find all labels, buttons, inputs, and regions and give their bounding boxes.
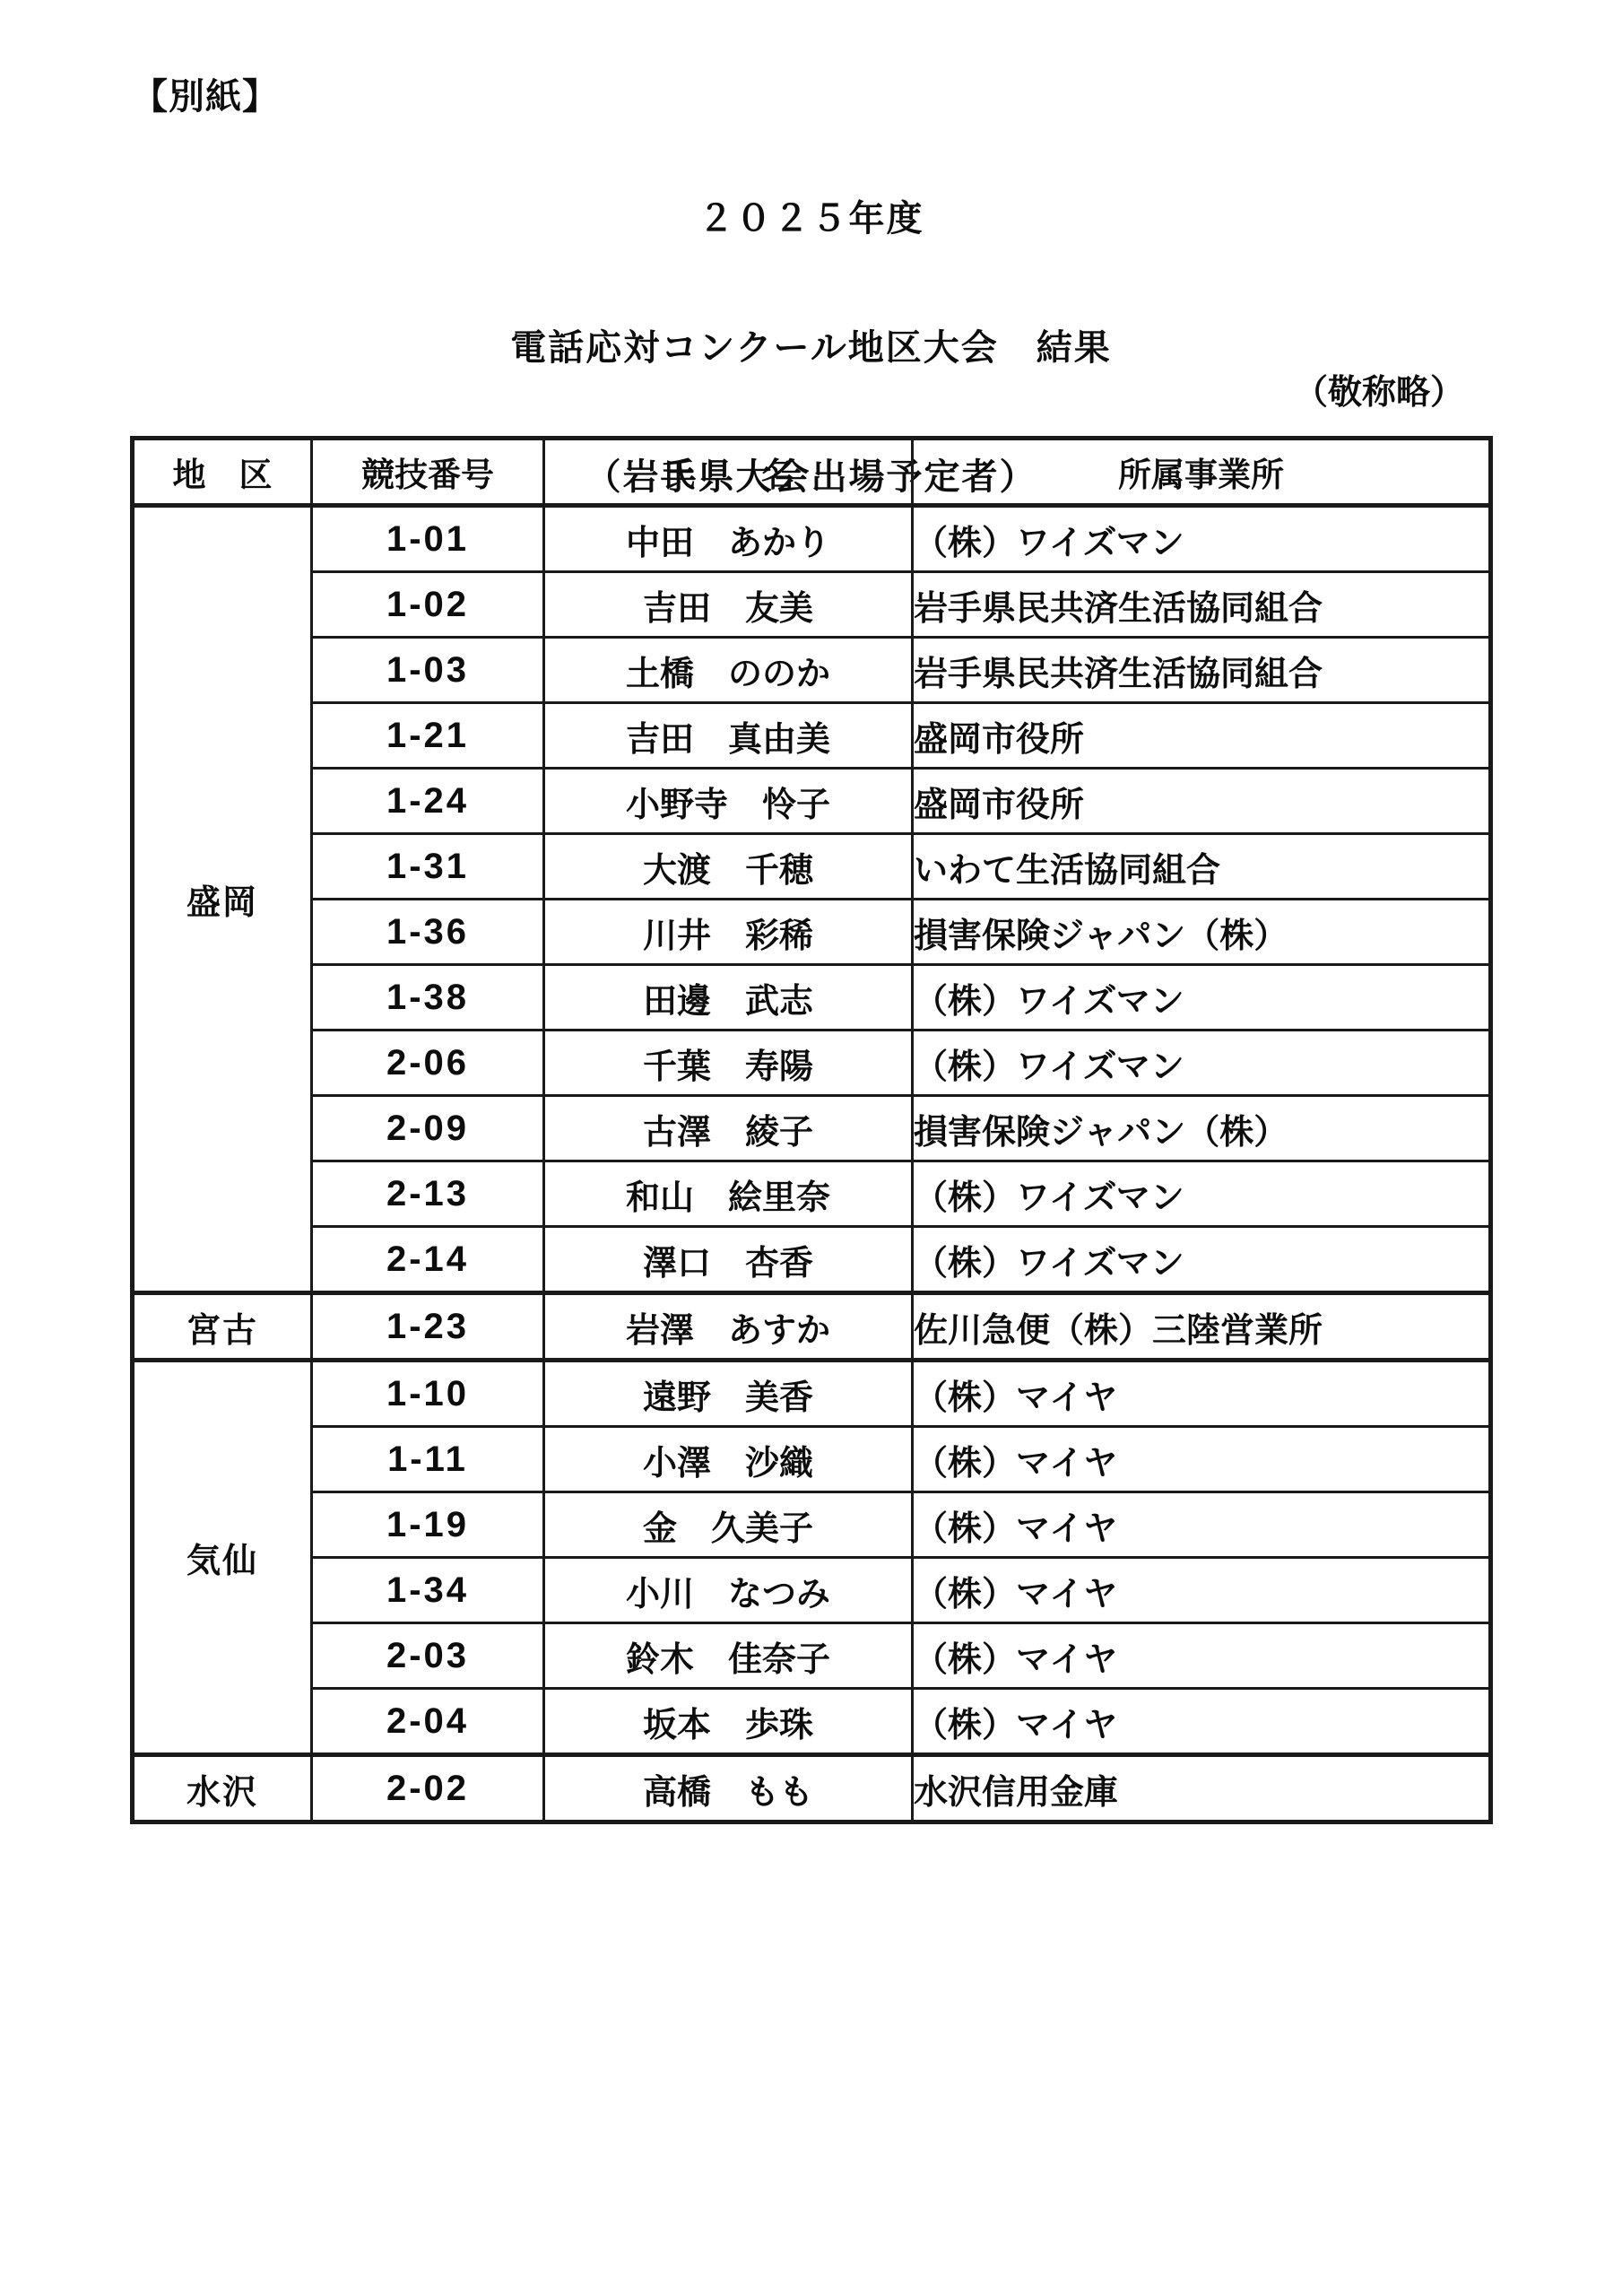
name-cell: 吉田 友美: [544, 572, 913, 638]
organization-cell: いわて生活協同組合: [913, 834, 1491, 900]
entry-number-cell: 2-09: [312, 1096, 544, 1161]
entry-number-cell: 2-14: [312, 1227, 544, 1293]
organization-cell: （株）マイヤ: [913, 1427, 1491, 1492]
table-row: 2-04坂本 歩珠（株）マイヤ: [133, 1689, 1491, 1755]
header-organization: 所属事業所: [913, 439, 1491, 506]
table-row: 水沢2-02高橋 もも水沢信用金庫: [133, 1755, 1491, 1822]
organization-cell: （株）ワイズマン: [913, 1161, 1491, 1227]
district-cell: 盛岡: [133, 506, 312, 1293]
organization-cell: （株）マイヤ: [913, 1689, 1491, 1755]
organization-cell: （株）マイヤ: [913, 1492, 1491, 1558]
table-row: 1-31大渡 千穂いわて生活協同組合: [133, 834, 1491, 900]
table-row: 2-03鈴木 佳奈子（株）マイヤ: [133, 1623, 1491, 1689]
name-cell: 川井 彩稀: [544, 900, 913, 965]
district-cell: 気仙: [133, 1361, 312, 1755]
entry-number-cell: 1-34: [312, 1558, 544, 1623]
name-cell: 中田 あかり: [544, 506, 913, 572]
name-cell: 小澤 沙織: [544, 1427, 913, 1492]
name-cell: 金 久美子: [544, 1492, 913, 1558]
district-cell: 水沢: [133, 1755, 312, 1822]
table-row: 宮古1-23岩澤 あすか佐川急便（株）三陸営業所: [133, 1293, 1491, 1361]
organization-cell: （株）ワイズマン: [913, 1031, 1491, 1096]
name-cell: 坂本 歩珠: [544, 1689, 913, 1755]
name-cell: 小野寺 怜子: [544, 769, 913, 834]
table-row: 1-21吉田 真由美盛岡市役所: [133, 703, 1491, 769]
organization-cell: （株）ワイズマン: [913, 1227, 1491, 1293]
table-row: 1-19金 久美子（株）マイヤ: [133, 1492, 1491, 1558]
name-cell: 千葉 寿陽: [544, 1031, 913, 1096]
entry-number-cell: 1-21: [312, 703, 544, 769]
name-cell: 高橋 もも: [544, 1755, 913, 1822]
header-entry-number: 競技番号: [312, 439, 544, 506]
organization-cell: （株）マイヤ: [913, 1623, 1491, 1689]
header-row: 地 区 競技番号 氏 名 所属事業所: [133, 439, 1491, 506]
table-row: 2-06千葉 寿陽（株）ワイズマン: [133, 1031, 1491, 1096]
organization-cell: （株）マイヤ: [913, 1558, 1491, 1623]
document-page: 【別紙】 ２０２５年度 電話応対コンクール地区大会 結果 （岩手県大会出場予定者…: [0, 0, 1622, 2296]
entry-number-cell: 2-02: [312, 1755, 544, 1822]
organization-cell: 損害保険ジャパン（株）: [913, 900, 1491, 965]
table-row: 1-34小川 なつみ（株）マイヤ: [133, 1558, 1491, 1623]
entry-number-cell: 1-38: [312, 965, 544, 1031]
name-cell: 田邊 武志: [544, 965, 913, 1031]
district-cell: 宮古: [133, 1293, 312, 1361]
table-row: 1-03土橋 ののか岩手県民共済生活協同組合: [133, 638, 1491, 703]
entry-number-cell: 2-13: [312, 1161, 544, 1227]
entry-number-cell: 2-04: [312, 1689, 544, 1755]
entry-number-cell: 2-03: [312, 1623, 544, 1689]
organization-cell: 岩手県民共済生活協同組合: [913, 572, 1491, 638]
organization-cell: （株）ワイズマン: [913, 965, 1491, 1031]
name-cell: 澤口 杏香: [544, 1227, 913, 1293]
name-cell: 岩澤 あすか: [544, 1293, 913, 1361]
table-row: 気仙1-10遠野 美香（株）マイヤ: [133, 1361, 1491, 1427]
organization-cell: 盛岡市役所: [913, 769, 1491, 834]
table-row: 1-38田邊 武志（株）ワイズマン: [133, 965, 1491, 1031]
honorifics-note: （敬称略）: [1294, 364, 1464, 413]
table-row: 盛岡1-01中田 あかり（株）ワイズマン: [133, 506, 1491, 572]
name-cell: 吉田 真由美: [544, 703, 913, 769]
entry-number-cell: 1-03: [312, 638, 544, 703]
entry-number-cell: 1-19: [312, 1492, 544, 1558]
organization-cell: （株）マイヤ: [913, 1361, 1491, 1427]
organization-cell: （株）ワイズマン: [913, 506, 1491, 572]
name-cell: 古澤 綾子: [544, 1096, 913, 1161]
organization-cell: 盛岡市役所: [913, 703, 1491, 769]
table-row: 2-13和山 絵里奈（株）ワイズマン: [133, 1161, 1491, 1227]
organization-cell: 岩手県民共済生活協同組合: [913, 638, 1491, 703]
table-row: 1-02吉田 友美岩手県民共済生活協同組合: [133, 572, 1491, 638]
table-row: 1-36川井 彩稀損害保険ジャパン（株）: [133, 900, 1491, 965]
organization-cell: 佐川急便（株）三陸営業所: [913, 1293, 1491, 1361]
name-cell: 鈴木 佳奈子: [544, 1623, 913, 1689]
results-table: 地 区 競技番号 氏 名 所属事業所 盛岡1-01中田 あかり（株）ワイズマン1…: [130, 436, 1493, 1824]
entry-number-cell: 1-23: [312, 1293, 544, 1361]
organization-cell: 水沢信用金庫: [913, 1755, 1491, 1822]
table-row: 2-09古澤 綾子損害保険ジャパン（株）: [133, 1096, 1491, 1161]
header-district: 地 区: [133, 439, 312, 506]
organization-cell: 損害保険ジャパン（株）: [913, 1096, 1491, 1161]
results-table-body: 盛岡1-01中田 あかり（株）ワイズマン1-02吉田 友美岩手県民共済生活協同組…: [133, 506, 1491, 1822]
entry-number-cell: 1-11: [312, 1427, 544, 1492]
name-cell: 遠野 美香: [544, 1361, 913, 1427]
header-name: 氏 名: [544, 439, 913, 506]
table-row: 2-14澤口 杏香（株）ワイズマン: [133, 1227, 1491, 1293]
table-row: 1-11小澤 沙織（株）マイヤ: [133, 1427, 1491, 1492]
name-cell: 和山 絵里奈: [544, 1161, 913, 1227]
entry-number-cell: 1-31: [312, 834, 544, 900]
title-main: 電話応対コンクール地区大会 結果: [0, 326, 1622, 370]
entry-number-cell: 1-01: [312, 506, 544, 572]
results-table-head: 地 区 競技番号 氏 名 所属事業所: [133, 439, 1491, 506]
name-cell: 小川 なつみ: [544, 1558, 913, 1623]
entry-number-cell: 1-10: [312, 1361, 544, 1427]
entry-number-cell: 1-02: [312, 572, 544, 638]
title-year: ２０２５年度: [0, 197, 1622, 240]
table-row: 1-24小野寺 怜子盛岡市役所: [133, 769, 1491, 834]
name-cell: 土橋 ののか: [544, 638, 913, 703]
entry-number-cell: 1-36: [312, 900, 544, 965]
entry-number-cell: 2-06: [312, 1031, 544, 1096]
entry-number-cell: 1-24: [312, 769, 544, 834]
name-cell: 大渡 千穂: [544, 834, 913, 900]
